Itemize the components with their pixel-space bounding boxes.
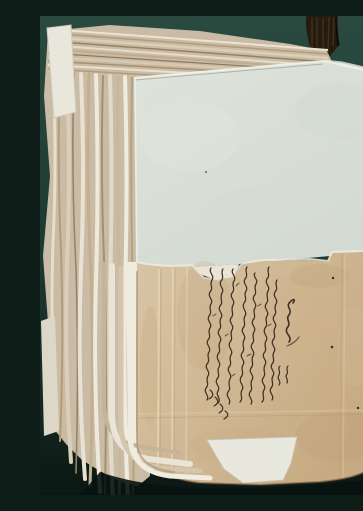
manuscript-photo: Opened archival volume: thick stack of a…	[40, 16, 363, 495]
manuscript-scene	[40, 16, 363, 495]
paper-speck	[205, 171, 207, 173]
main-page	[134, 61, 363, 268]
